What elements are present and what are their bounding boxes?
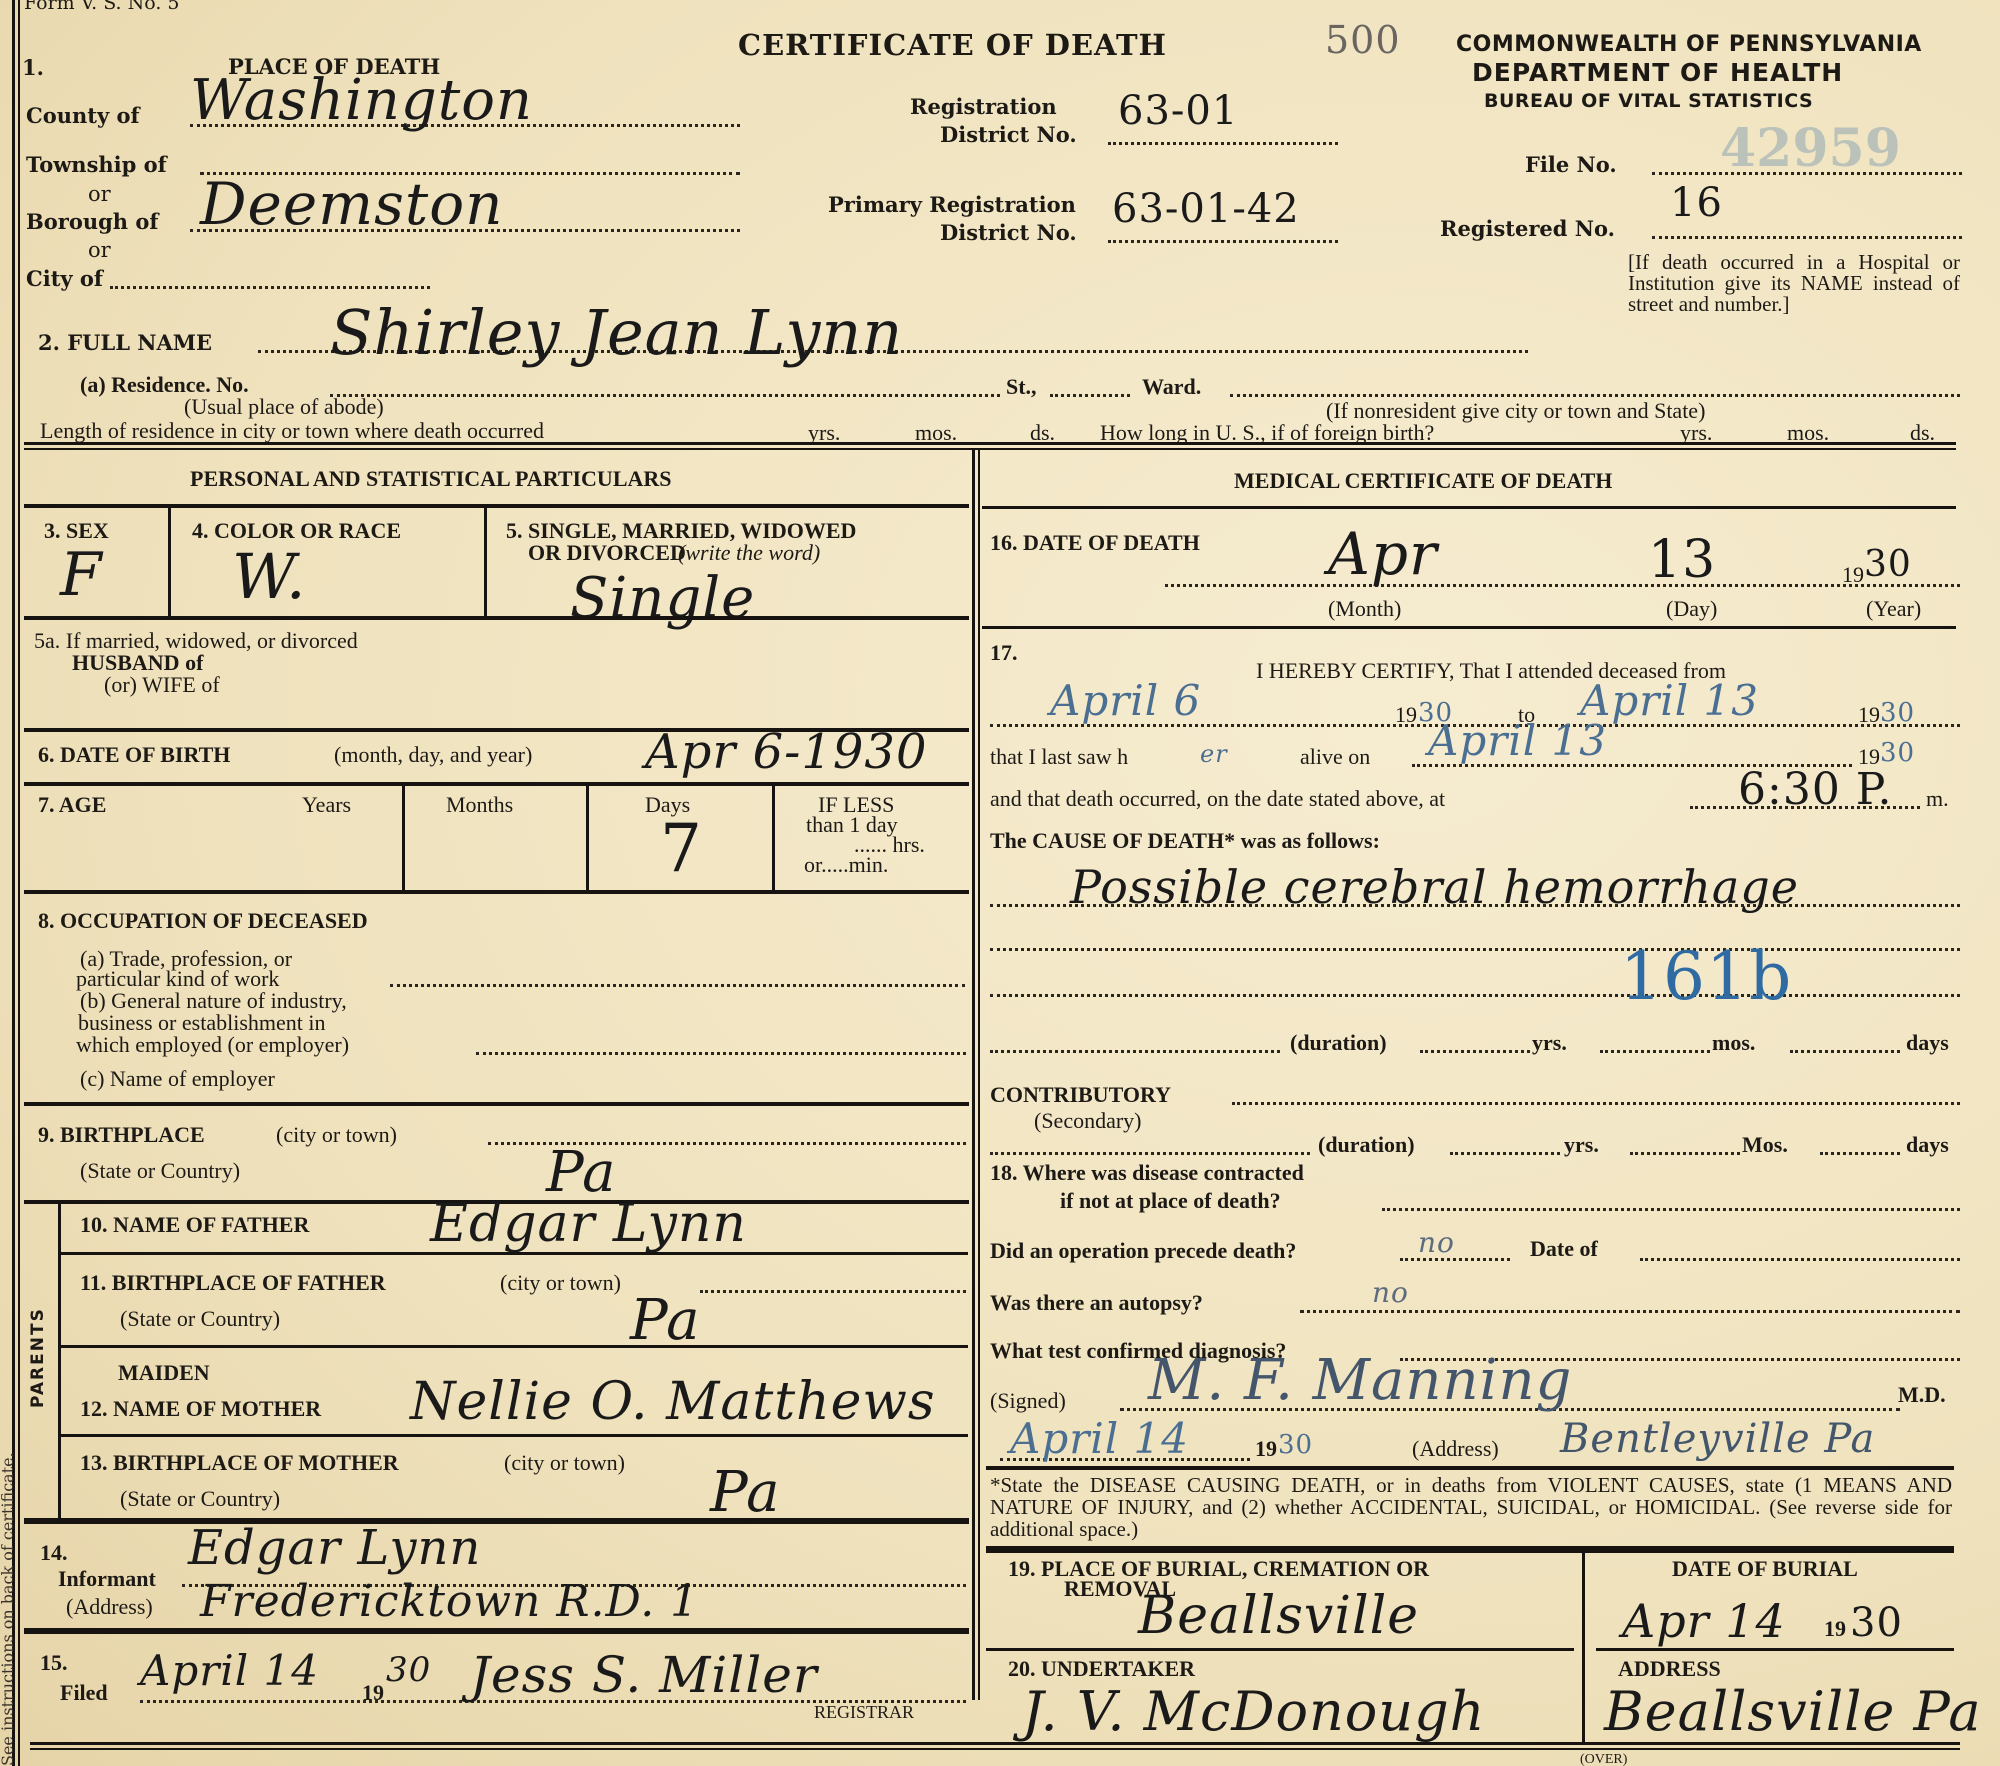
last-saw-date[interactable]: April 13 bbox=[1428, 716, 1607, 765]
duration2-label: (duration) bbox=[1318, 1132, 1415, 1158]
contracted-line bbox=[1382, 1208, 1960, 1211]
registered-no-label: Registered No. bbox=[1440, 216, 1615, 241]
autopsy-line bbox=[1300, 1310, 1960, 1313]
duration2-line bbox=[990, 1152, 1310, 1155]
filed-number: 15. bbox=[40, 1650, 68, 1676]
race-marital-divider bbox=[484, 508, 487, 616]
marital-label2: OR DIVORCED bbox=[528, 540, 686, 566]
row-rule-8 bbox=[24, 1628, 969, 1634]
burial-date-label: DATE OF BURIAL bbox=[1672, 1556, 1858, 1582]
father-state-hint: (State or Country) bbox=[120, 1306, 280, 1332]
hospital-note: [If death occurred in a Hospital or Inst… bbox=[1628, 252, 1960, 315]
operation-label: Did an operation precede death? bbox=[990, 1238, 1296, 1264]
father-birthplace-hint: (city or town) bbox=[500, 1270, 621, 1296]
age-label: 7. AGE bbox=[38, 792, 106, 818]
dod-line bbox=[1165, 584, 1960, 587]
father-label: 10. NAME OF FATHER bbox=[80, 1212, 309, 1238]
parents-rule-1 bbox=[60, 1252, 968, 1255]
address-label: (Address) bbox=[1412, 1436, 1499, 1462]
operation-date-line bbox=[1640, 1258, 1960, 1261]
agency-line3: BUREAU OF VITAL STATISTICS bbox=[1484, 90, 1813, 112]
row-rule-4 bbox=[24, 890, 969, 894]
time-value[interactable]: 6:30 P. bbox=[1738, 764, 1892, 815]
father-birthplace-value[interactable]: Pa bbox=[630, 1288, 701, 1353]
burial-rule-mid-right bbox=[1596, 1648, 1954, 1651]
spouse-label3: (or) WIFE of bbox=[104, 672, 220, 698]
registrar-label: REGISTRAR bbox=[814, 1702, 914, 1723]
signed-date[interactable]: April 14 bbox=[1010, 1414, 1189, 1463]
birthplace-state-hint: (State or Country) bbox=[80, 1158, 240, 1184]
burial-address-label: ADDRESS bbox=[1618, 1656, 1721, 1682]
birthplace-city-hint: (city or town) bbox=[276, 1122, 397, 1148]
divider-top-2 bbox=[24, 448, 1956, 450]
operation-date-label: Date of bbox=[1530, 1236, 1598, 1262]
mother-birthplace-value[interactable]: Pa bbox=[710, 1460, 781, 1525]
occupation-label: 8. OCCUPATION OF DECEASED bbox=[38, 908, 368, 934]
primary-reg-label1: Primary Registration bbox=[828, 192, 1076, 217]
dod-month-hint: (Month) bbox=[1328, 596, 1401, 622]
residence-line bbox=[330, 394, 1000, 397]
dod-year-prefix: 19 bbox=[1842, 562, 1864, 588]
outer-border-left-inner bbox=[18, 0, 20, 1766]
page-title: CERTIFICATE OF DEATH bbox=[738, 28, 1167, 62]
duration-mos-line bbox=[1600, 1050, 1710, 1053]
cause-line-3 bbox=[990, 994, 1960, 997]
reg-district-value[interactable]: 63-01 bbox=[1118, 88, 1238, 134]
mother-value[interactable]: Nellie O. Matthews bbox=[410, 1372, 936, 1432]
alive-on-label: alive on bbox=[1300, 744, 1370, 770]
burial-place-value[interactable]: Beallsville bbox=[1138, 1586, 1419, 1646]
row-rule-3 bbox=[24, 782, 969, 786]
filed-date-value[interactable]: April 14 bbox=[140, 1646, 319, 1695]
length-of-residence-label: Length of residence in city or town wher… bbox=[40, 418, 544, 444]
marital-value[interactable]: Single bbox=[570, 566, 755, 631]
file-no-label: File No. bbox=[1525, 152, 1617, 177]
sex-value[interactable]: F bbox=[60, 540, 103, 610]
filed-label: Filed bbox=[60, 1680, 108, 1706]
place-of-death-number: 1. bbox=[22, 55, 44, 80]
address-value[interactable]: Bentleyville Pa bbox=[1560, 1416, 1875, 1462]
days-value[interactable]: 7 bbox=[660, 810, 703, 887]
mother-state-hint: (State or Country) bbox=[120, 1486, 280, 1512]
duration2-yrs-line bbox=[1450, 1152, 1560, 1155]
less-min: or.....min. bbox=[804, 852, 888, 878]
or-2: or bbox=[88, 238, 111, 262]
last-saw-label: that I last saw h bbox=[990, 744, 1128, 770]
bottom-rule-left-2 bbox=[30, 1748, 1960, 1750]
over-label: (OVER) bbox=[1580, 1752, 1627, 1766]
residence-st: St., bbox=[1006, 374, 1037, 400]
autopsy-label: Was there an autopsy? bbox=[990, 1290, 1203, 1316]
row-rule-1 bbox=[24, 616, 969, 620]
mother-birthplace-label: 13. BIRTHPLACE OF MOTHER bbox=[80, 1450, 399, 1476]
dod-day[interactable]: 13 bbox=[1648, 530, 1716, 590]
city-label: City of bbox=[26, 266, 103, 291]
from-year-prefix: 19 bbox=[1395, 702, 1417, 728]
contracted-label2: if not at place of death? bbox=[1060, 1188, 1281, 1214]
informant-address-value[interactable]: Fredericktown R.D. 1 bbox=[200, 1576, 699, 1627]
agency-line2: DEPARTMENT OF HEALTH bbox=[1472, 58, 1843, 87]
signed-label: (Signed) bbox=[990, 1388, 1066, 1414]
age-div-1 bbox=[402, 786, 405, 890]
occ-c: (c) Name of employer bbox=[80, 1066, 275, 1092]
age-div-3 bbox=[772, 786, 775, 890]
reg-district-label2: District No. bbox=[940, 122, 1077, 147]
medical-rule-3 bbox=[986, 1466, 1954, 1470]
parents-rule-3 bbox=[60, 1434, 968, 1437]
to-year-prefix: 19 bbox=[1858, 702, 1880, 728]
signed-value[interactable]: M. F. Manning bbox=[1148, 1348, 1572, 1413]
signed-year[interactable]: 30 bbox=[1278, 1430, 1313, 1460]
county-value[interactable]: Washington bbox=[190, 68, 533, 133]
last-saw-pronoun[interactable]: er bbox=[1200, 740, 1228, 768]
center-divider-2 bbox=[978, 450, 980, 1700]
form-number: Form V. S. No. 5 bbox=[24, 0, 180, 14]
race-value[interactable]: W. bbox=[232, 540, 307, 613]
signed-year-prefix: 19 bbox=[1255, 1436, 1277, 1462]
years-label: Years bbox=[302, 792, 351, 818]
reg-district-line bbox=[1108, 142, 1338, 145]
autopsy-value[interactable]: no bbox=[1372, 1276, 1409, 1309]
filed-year-prefix: 19 bbox=[362, 1680, 384, 1706]
duration-days: days bbox=[1906, 1030, 1949, 1056]
contributory-line bbox=[1232, 1102, 1960, 1105]
cause-code: 161b bbox=[1620, 938, 1792, 1015]
personal-heading: PERSONAL AND STATISTICAL PARTICULARS bbox=[190, 466, 672, 492]
or-1: or bbox=[88, 182, 111, 206]
duration2-mos: Mos. bbox=[1742, 1132, 1788, 1158]
dob-label: 6. DATE OF BIRTH bbox=[38, 742, 230, 768]
burial-year[interactable]: 30 bbox=[1850, 1600, 1903, 1646]
primary-reg-value[interactable]: 63-01-42 bbox=[1112, 186, 1300, 232]
duration-yrs-line bbox=[1420, 1050, 1530, 1053]
residence-ward: Ward. bbox=[1142, 374, 1201, 400]
burial-divider bbox=[1582, 1552, 1585, 1742]
registered-no-value[interactable]: 16 bbox=[1670, 180, 1723, 226]
side-instructions: See instructions on back of certificate. bbox=[0, 1452, 17, 1766]
undertaker-value[interactable]: J. V. McDonough bbox=[1022, 1680, 1485, 1743]
cause-label: The CAUSE OF DEATH* was as follows: bbox=[990, 828, 1380, 854]
cause-line-2 bbox=[990, 948, 1960, 951]
divider-top bbox=[24, 442, 1956, 445]
burial-rule-mid-left bbox=[986, 1648, 1574, 1651]
informant-name-value[interactable]: Edgar Lynn bbox=[188, 1520, 481, 1576]
undertaker-label: 20. UNDERTAKER bbox=[1008, 1656, 1195, 1682]
duration2-yrs: yrs. bbox=[1564, 1132, 1599, 1158]
row-rule-7 bbox=[24, 1518, 969, 1524]
duration-label: (duration) bbox=[1290, 1030, 1387, 1056]
county-label: County of bbox=[26, 103, 140, 128]
secondary-label: (Secondary) bbox=[1034, 1108, 1142, 1134]
age-div-2 bbox=[586, 786, 589, 890]
duration-yrs: yrs. bbox=[1532, 1030, 1567, 1056]
informant-label: Informant bbox=[58, 1566, 156, 1592]
burial-date-value[interactable]: Apr 14 bbox=[1622, 1594, 1786, 1648]
parents-rule-2 bbox=[60, 1345, 968, 1348]
to-year[interactable]: 30 bbox=[1880, 698, 1915, 728]
full-name-label: 2. FULL NAME bbox=[38, 330, 212, 355]
residence-sublabel: (Usual place of abode) bbox=[184, 394, 384, 420]
father-birthplace-label: 11. BIRTHPLACE OF FATHER bbox=[80, 1270, 386, 1296]
sex-race-divider bbox=[168, 508, 171, 616]
township-label: Township of bbox=[26, 152, 167, 177]
medical-heading: MEDICAL CERTIFICATE OF DEATH bbox=[1234, 468, 1612, 494]
operation-value[interactable]: no bbox=[1418, 1226, 1455, 1259]
dod-day-hint: (Day) bbox=[1666, 596, 1717, 622]
burial-address-value[interactable]: Beallsville Pa bbox=[1604, 1680, 1982, 1743]
occ-b3: which employed (or employer) bbox=[76, 1032, 349, 1058]
father-value[interactable]: Edgar Lynn bbox=[430, 1194, 747, 1254]
center-divider bbox=[972, 450, 975, 1700]
borough-value[interactable]: Deemston bbox=[200, 170, 504, 238]
burial-year-prefix: 19 bbox=[1824, 1616, 1846, 1642]
dod-year-hint: (Year) bbox=[1866, 596, 1921, 622]
filed-year-value[interactable]: 30 bbox=[386, 1650, 431, 1690]
reg-district-label1: Registration bbox=[910, 94, 1057, 119]
footnote: *State the DISEASE CAUSING DEATH, or in … bbox=[990, 1474, 1952, 1540]
margin-note: 500 bbox=[1325, 18, 1401, 62]
medical-rule-2 bbox=[982, 626, 1956, 629]
row-rule-5 bbox=[24, 1102, 969, 1106]
duration-line bbox=[990, 1050, 1280, 1053]
medical-rule-1 bbox=[982, 506, 1956, 509]
registered-no-line bbox=[1652, 236, 1962, 239]
dod-label: 16. DATE OF DEATH bbox=[990, 530, 1200, 556]
file-no-stamp: 42959 bbox=[1720, 118, 1901, 179]
occ-b-line bbox=[476, 1052, 966, 1055]
informant-number: 14. bbox=[40, 1540, 68, 1566]
occ-a-line bbox=[390, 984, 965, 987]
residence-ward-line bbox=[1230, 394, 1960, 397]
occurred-label: and that death occurred, on the date sta… bbox=[990, 786, 1445, 812]
registrar-signature[interactable]: Jess S. Miller bbox=[470, 1646, 818, 1704]
personal-rule bbox=[24, 504, 969, 508]
primary-reg-label2: District No. bbox=[940, 220, 1077, 245]
time-suffix: m. bbox=[1926, 786, 1949, 812]
residence-st-line bbox=[1050, 394, 1130, 397]
parents-side-label: PARENTS bbox=[28, 1307, 48, 1408]
informant-address-label: (Address) bbox=[66, 1594, 153, 1620]
mother-birthplace-hint: (city or town) bbox=[504, 1450, 625, 1476]
contributory-label: CONTRIBUTORY bbox=[990, 1082, 1171, 1108]
operation-line bbox=[1400, 1258, 1510, 1261]
cause-value[interactable]: Possible cerebral hemorrhage bbox=[1070, 860, 1799, 914]
agency-line1: COMMONWEALTH OF PENNSYLVANIA bbox=[1456, 32, 1922, 57]
cert-number: 17. bbox=[990, 640, 1018, 666]
duration2-mos-line bbox=[1630, 1152, 1740, 1155]
months-label: Months bbox=[446, 792, 513, 818]
md-label: M.D. bbox=[1898, 1382, 1946, 1408]
marital-write-hint: (write the word) bbox=[678, 540, 820, 566]
duration2-days-line bbox=[1820, 1152, 1900, 1155]
dod-year[interactable]: 30 bbox=[1864, 544, 1912, 585]
mother-label: 12. NAME OF MOTHER bbox=[80, 1396, 321, 1422]
attended-from[interactable]: April 6 bbox=[1050, 676, 1201, 725]
duration-days-line bbox=[1790, 1050, 1900, 1053]
city-line bbox=[110, 286, 430, 289]
dob-value[interactable]: Apr 6-1930 bbox=[645, 724, 928, 780]
birthplace-label: 9. BIRTHPLACE bbox=[38, 1122, 205, 1148]
father-birthplace-line bbox=[700, 1290, 966, 1293]
dod-month[interactable]: Apr bbox=[1328, 520, 1438, 588]
mother-maiden: MAIDEN bbox=[118, 1360, 210, 1386]
duration2-days: days bbox=[1906, 1132, 1949, 1158]
primary-reg-line bbox=[1108, 240, 1338, 243]
dob-hint: (month, day, and year) bbox=[334, 742, 532, 768]
borough-label: Borough of bbox=[26, 209, 158, 234]
duration-mos: mos. bbox=[1712, 1030, 1755, 1056]
full-name-value[interactable]: Shirley Jean Lynn bbox=[330, 296, 903, 369]
contracted-label1: 18. Where was disease contracted bbox=[990, 1160, 1304, 1186]
burial-rule-top bbox=[986, 1546, 1954, 1553]
